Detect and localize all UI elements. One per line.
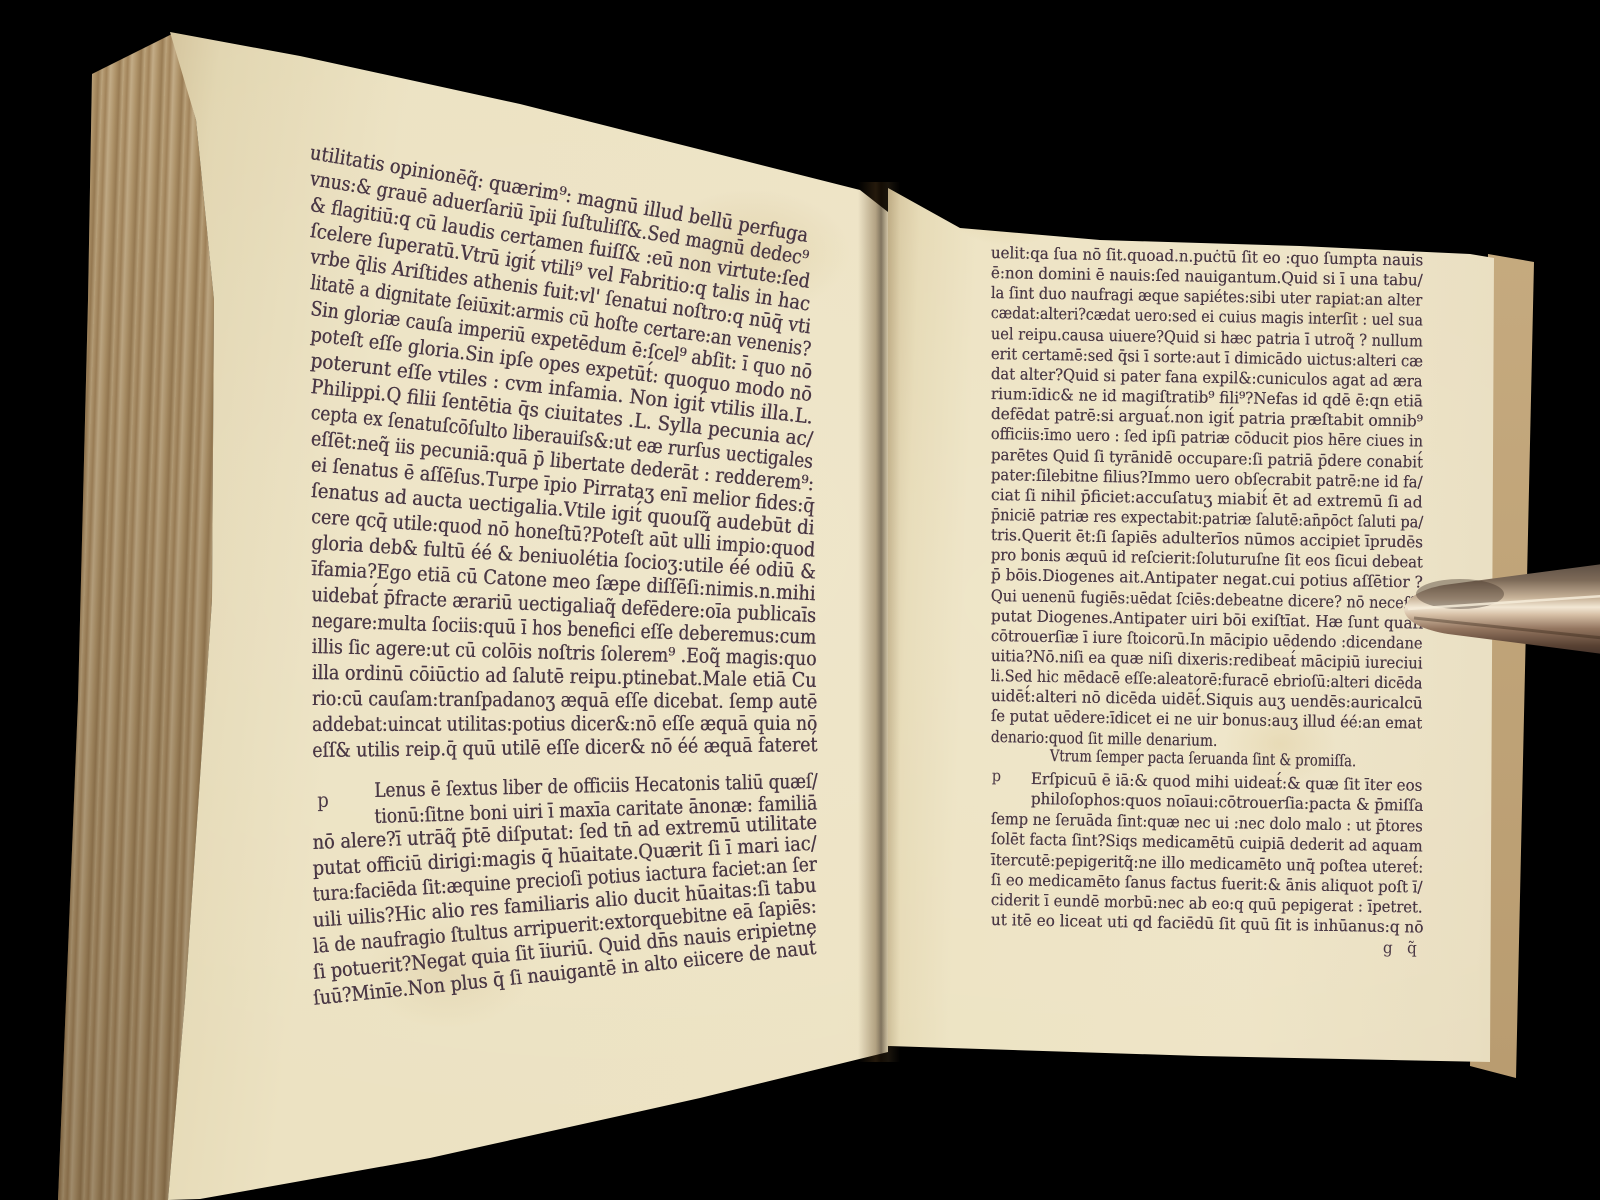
right-margin-guide-letter: p [992, 767, 1002, 785]
book-photo-scene: utilitatis opinionēq̃: quærim⁹: magnū il… [0, 0, 1600, 1200]
gutter-shadow [858, 182, 900, 1062]
left-margin-guide-letter: p [317, 789, 329, 812]
text-line: addebat:uincat utilitas:potius dicer&:nō… [312, 712, 817, 736]
quire-signature-mark: g q̃ [1383, 939, 1417, 957]
pointer-body [1404, 564, 1600, 654]
text-line: rio:cū cauſam:tranſpadanoʒ æquā eſſe dic… [312, 687, 817, 713]
metal-pointer [1398, 552, 1600, 667]
